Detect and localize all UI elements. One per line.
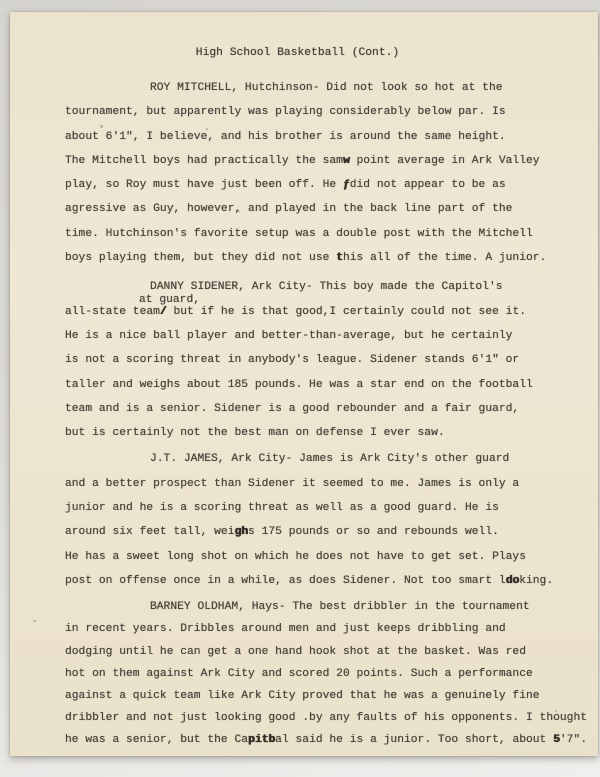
text-run: in recent years. Dribbles around men and… <box>65 623 506 635</box>
typed-line: post on offense once in a while, as does… <box>65 575 586 599</box>
text-run: s 175 pounds or so and rebounds well. <box>248 526 499 538</box>
text-run: The Mitchell boys had practically the sa… <box>65 155 343 167</box>
text-run: team and is a senior. Sidener is a good … <box>65 403 519 415</box>
overstrike-text: t <box>336 252 343 264</box>
text-run: He has a sweet long shot on which he doe… <box>65 551 526 563</box>
text-run: He is a nice ball player and better-than… <box>65 330 512 342</box>
typed-line: He is a nice ball player and better-than… <box>65 330 586 354</box>
typed-line: dodging until he can get a one hand hook… <box>65 646 586 668</box>
typed-line: BARNEY OLDHAM, Hays- The best dribbler i… <box>65 601 586 623</box>
document-title: High School Basketball (Cont.) <box>65 47 586 63</box>
typed-line: dribbler and not just looking good .by a… <box>65 712 586 734</box>
text-run: '7". <box>560 734 587 746</box>
text-run: tournament, but apparently was playing c… <box>65 106 506 118</box>
typed-line: about 6'1", I believe, and his brother i… <box>65 131 586 155</box>
text-run: he was a senior, but the Ca <box>65 734 248 746</box>
text-run: around six feet tall, wei <box>65 526 234 538</box>
text-run: DANNY SIDENER, Ark City- This boy made t… <box>150 281 503 293</box>
typed-line: against a quick team like Ark City prove… <box>65 690 586 712</box>
overstrike-text: w <box>343 155 350 167</box>
overstrike-text: ƒ <box>343 179 350 191</box>
typed-line: boys playing them, but they did not use … <box>65 252 586 276</box>
typed-line: The Mitchell boys had practically the sa… <box>65 155 586 179</box>
text-run: but if he is that good,I certainly could… <box>167 306 526 318</box>
paragraph-jt-james: J.T. JAMES, Ark City- James is Ark City'… <box>65 453 586 599</box>
text-run: point average in Ark Valley <box>350 155 540 167</box>
typed-line: hot on them against Ark City and scored … <box>65 668 586 690</box>
paper-speck <box>100 125 103 128</box>
paragraph-danny-sidener: DANNY SIDENER, Ark City- This boy made t… <box>65 281 586 451</box>
overstrike-text: 5 <box>553 734 560 746</box>
paragraph-barney-oldham: BARNEY OLDHAM, Hays- The best dribbler i… <box>65 601 586 756</box>
typed-line: but is certainly not the best man on def… <box>65 427 586 451</box>
typed-line: taller and weighs about 185 pounds. He w… <box>65 379 586 403</box>
text-run: his all of the time. A junior. <box>343 252 546 264</box>
typed-line: tournament, but apparently was playing c… <box>65 106 586 130</box>
typed-line: J.T. JAMES, Ark City- James is Ark City'… <box>65 453 586 477</box>
text-run: at guard, <box>139 294 200 306</box>
typed-line: is not a scoring threat in anybody's lea… <box>65 354 586 378</box>
typed-line: ROY MITCHELL, Hutchinson- Did not look s… <box>65 82 586 106</box>
overstrike-text: gh <box>234 526 248 538</box>
text-run: hot on them against Ark City and scored … <box>65 668 533 680</box>
text-run: is not a scoring threat in anybody's lea… <box>65 354 519 366</box>
paper-speck <box>237 210 240 212</box>
text-run: taller and weighs about 185 pounds. He w… <box>65 379 533 391</box>
typed-line: he was a senior, but the Capitbal said h… <box>65 734 586 756</box>
text-run: against a quick team like Ark City prove… <box>65 690 540 702</box>
document-body: ROY MITCHELL, Hutchinson- Did not look s… <box>65 82 586 756</box>
text-run: did not appear to be as <box>350 179 506 191</box>
typed-line: all-state team/ but if he is that good,I… <box>65 306 586 330</box>
text-run: play, so Roy must have just been off. He <box>65 179 343 191</box>
text-run: king. <box>519 575 553 587</box>
paper-speck <box>172 205 174 207</box>
paper-speck <box>33 620 36 622</box>
text-run: agressive as Guy, however, and played in… <box>65 203 512 215</box>
typed-line: around six feet tall, weighs 175 pounds … <box>65 526 586 550</box>
text-run: boys playing them, but they did not use <box>65 252 336 264</box>
text-run: dribbler and not just looking good .by a… <box>65 712 587 724</box>
text-run: all-state team <box>65 306 160 318</box>
typed-line: play, so Roy must have just been off. He… <box>65 179 586 203</box>
document-content: High School Basketball (Cont.) ROY MITCH… <box>10 12 598 756</box>
typed-line: team and is a senior. Sidener is a good … <box>65 403 586 427</box>
overstrike-text: do <box>506 575 520 587</box>
text-run: junior and he is a scoring threat as wel… <box>65 502 499 514</box>
document-page: High School Basketball (Cont.) ROY MITCH… <box>10 12 598 756</box>
text-run: dodging until he can get a one hand hook… <box>65 646 526 658</box>
overstrike-text: pitb <box>248 734 275 746</box>
text-run: about 6'1", I believe, and his brother i… <box>65 131 506 143</box>
text-run: but is certainly not the best man on def… <box>65 427 445 439</box>
scan-background: { "document": { "title": "High School Ba… <box>0 0 600 777</box>
typed-line: He has a sweet long shot on which he doe… <box>65 551 586 575</box>
text-run: ROY MITCHELL, Hutchinson- Did not look s… <box>150 82 503 94</box>
typed-line: in recent years. Dribbles around men and… <box>65 623 586 645</box>
text-run: J.T. JAMES, Ark City- James is Ark City'… <box>150 453 509 465</box>
typed-line: agressive as Guy, however, and played in… <box>65 203 586 227</box>
paragraph-roy-mitchell: ROY MITCHELL, Hutchinson- Did not look s… <box>65 82 586 276</box>
paper-speck <box>555 710 557 712</box>
text-run: BARNEY OLDHAM, Hays- The best dribbler i… <box>150 601 530 613</box>
text-run: time. Hutchinson's favorite setup was a … <box>65 228 533 240</box>
text-run: al said he is a junior. Too short, about <box>275 734 553 746</box>
interlinear-insert-line: at guard, <box>65 294 586 306</box>
typed-line: junior and he is a scoring threat as wel… <box>65 502 586 526</box>
typed-line: time. Hutchinson's favorite setup was a … <box>65 228 586 252</box>
overstrike-text: / <box>160 306 167 318</box>
paper-speck <box>206 128 208 130</box>
text-run: post on offense once in a while, as does… <box>65 575 506 587</box>
text-run: and a better prospect than Sidener it se… <box>65 478 519 490</box>
typed-line: and a better prospect than Sidener it se… <box>65 478 586 502</box>
